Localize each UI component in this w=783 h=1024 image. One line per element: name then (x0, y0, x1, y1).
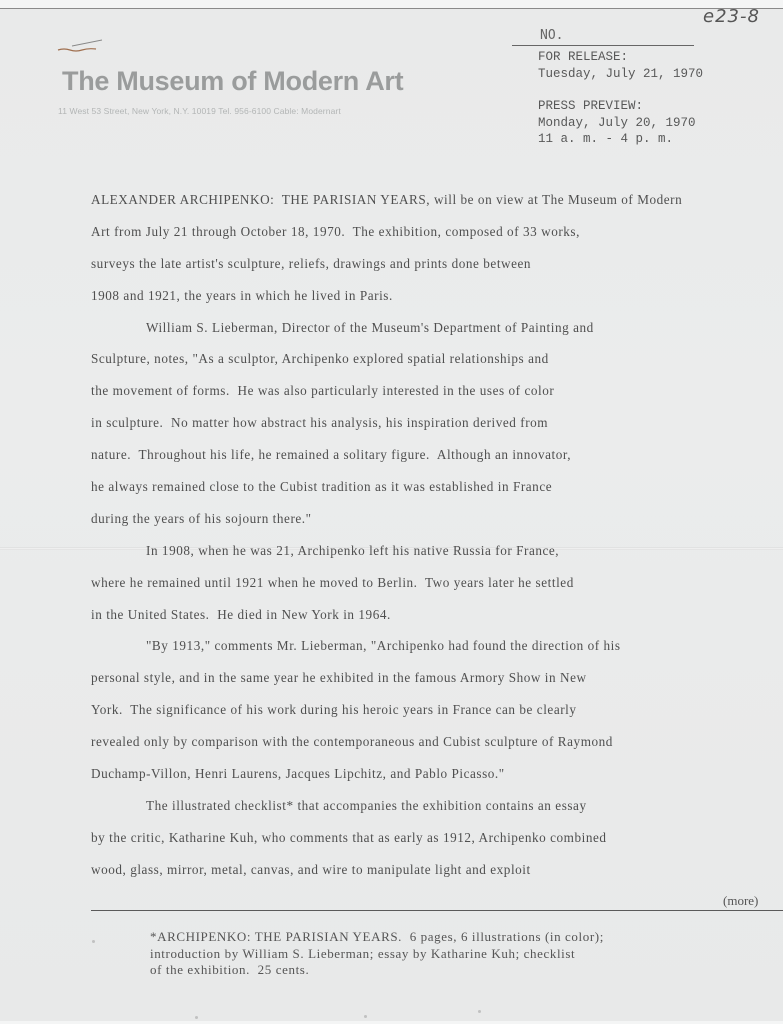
paper-speck (364, 1015, 367, 1018)
archive-handwritten-mark: e23-8 (703, 6, 760, 27)
paper-speck (478, 1010, 481, 1013)
continued-more-label: (more) (723, 893, 758, 909)
museum-address: 11 West 53 Street, New York, N.Y. 10019 … (58, 106, 341, 116)
body-line: The illustrated checklist* that accompan… (91, 798, 781, 830)
release-number-label: NO. (540, 28, 563, 43)
body-line: by the critic, Katharine Kuh, who commen… (91, 830, 781, 862)
body-line: surveys the late artist's sculpture, rel… (91, 256, 781, 288)
preview-label: PRESS PREVIEW: (538, 98, 696, 115)
body-line: during the years of his sojourn there." (91, 511, 781, 543)
footnote-line: *ARCHIPENKO: THE PARISIAN YEARS. 6 pages… (150, 929, 604, 946)
press-preview-info: PRESS PREVIEW:Monday, July 20, 197011 a.… (538, 98, 696, 148)
body-line: "By 1913," comments Mr. Lieberman, "Arch… (91, 638, 781, 670)
body-line: he always remained close to the Cubist t… (91, 479, 781, 511)
release-info: FOR RELEASE:Tuesday, July 21, 1970 (538, 49, 703, 82)
footnote-line: of the exhibition. 25 cents. (150, 962, 604, 979)
body-line: revealed only by comparison with the con… (91, 734, 781, 766)
release-label: FOR RELEASE: (538, 49, 703, 66)
paper-speck (92, 940, 95, 943)
body-line: Duchamp-Villon, Henri Laurens, Jacques L… (91, 766, 781, 798)
release-number-underline (512, 45, 694, 46)
handwritten-scribble-icon (56, 36, 106, 56)
body-line: William S. Lieberman, Director of the Mu… (91, 320, 781, 352)
footnote-divider (91, 910, 783, 911)
body-line: In 1908, when he was 21, Archipenko left… (91, 543, 781, 575)
body-text: ALEXANDER ARCHIPENKO: THE PARISIAN YEARS… (91, 192, 781, 894)
museum-logo: The Museum of Modern Art (62, 66, 403, 97)
footnote-line: introduction by William S. Lieberman; es… (150, 946, 604, 963)
body-line: Sculpture, notes, "As a sculptor, Archip… (91, 351, 781, 383)
body-line: wood, glass, mirror, metal, canvas, and … (91, 862, 781, 894)
release-date: Tuesday, July 21, 1970 (538, 66, 703, 83)
body-line: nature. Throughout his life, he remained… (91, 447, 781, 479)
body-line: in the United States. He died in New Yor… (91, 607, 781, 639)
preview-time: 11 a. m. - 4 p. m. (538, 131, 696, 148)
body-line: in sculpture. No matter how abstract his… (91, 415, 781, 447)
footnote: *ARCHIPENKO: THE PARISIAN YEARS. 6 pages… (150, 929, 604, 979)
body-line: the movement of forms. He was also parti… (91, 383, 781, 415)
body-line: Art from July 21 through October 18, 197… (91, 224, 781, 256)
body-line: ALEXANDER ARCHIPENKO: THE PARISIAN YEARS… (91, 192, 781, 224)
preview-date: Monday, July 20, 1970 (538, 115, 696, 132)
body-line: York. The significance of his work durin… (91, 702, 781, 734)
paper-speck (195, 1016, 198, 1019)
body-line: 1908 and 1921, the years in which he liv… (91, 288, 781, 320)
body-line: personal style, and in the same year he … (91, 670, 781, 702)
body-line: where he remained until 1921 when he mov… (91, 575, 781, 607)
